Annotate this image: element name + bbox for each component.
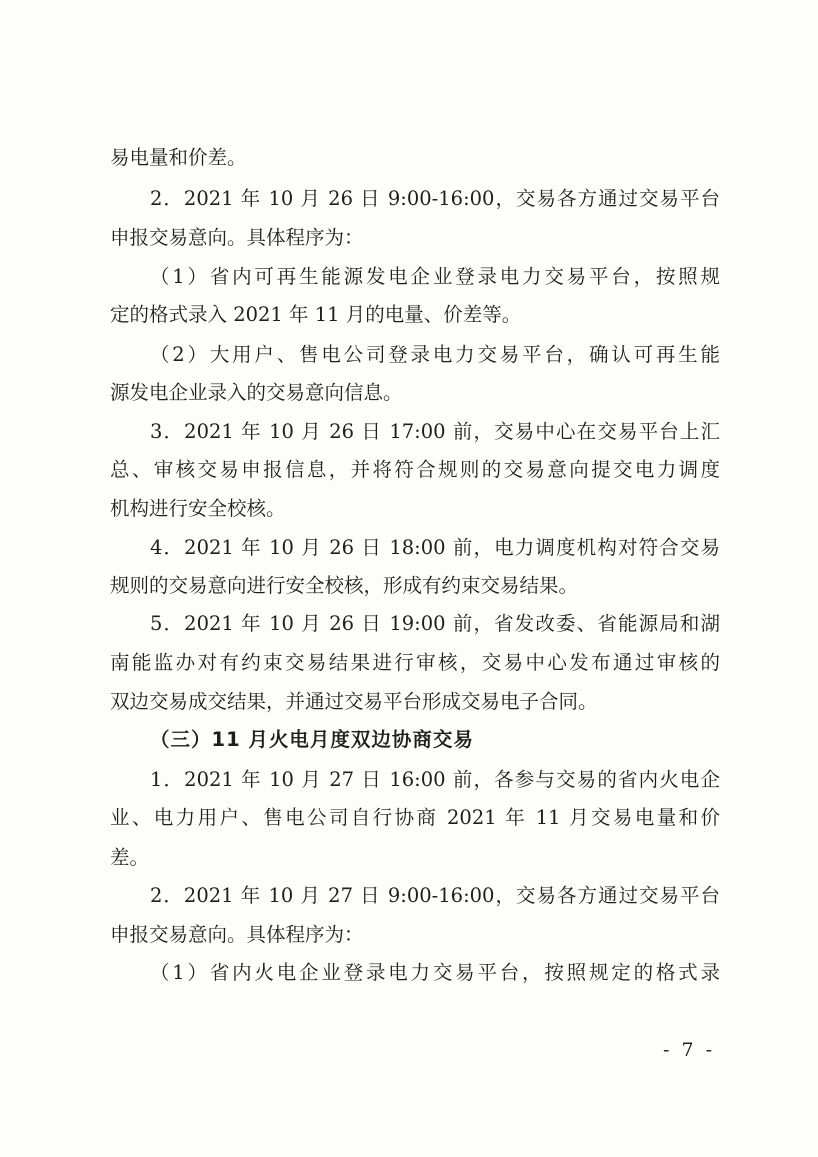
text-line: 差。 [110, 843, 720, 873]
text-line: 1．2021 年 10 月 27 日 16:00 前，各参与交易的省内火电企 [150, 765, 720, 795]
text-line: 5．2021 年 10 月 26 日 19:00 前，省发改委、省能源局和湖 [150, 609, 720, 639]
text-line: 2．2021 年 10 月 27 日 9:00-16:00，交易各方通过交易平台 [150, 881, 720, 911]
text-line: 双边交易成交结果，并通过交易平台形成交易电子合同。 [110, 687, 720, 717]
text-line: 申报交易意向。具体程序为： [110, 223, 720, 253]
text-line: 业、电力用户、售电公司自行协商 2021 年 11 月交易电量和价 [110, 803, 720, 833]
text-line: 总、审核交易申报信息，并将符合规则的交易意向提交电力调度 [110, 455, 720, 485]
text-line: 南能监办对有约束交易结果进行审核，交易中心发布通过审核的 [110, 648, 720, 678]
text-line: 源发电企业录入的交易意向信息。 [110, 378, 720, 408]
text-line: （1）省内火电企业登录电力交易平台，按照规定的格式录 [150, 958, 720, 988]
text-line: 规则的交易意向进行安全校核，形成有约束交易结果。 [110, 571, 720, 601]
text-line: 定的格式录入 2021 年 11 月的电量、价差等。 [110, 300, 720, 330]
text-line: 申报交易意向。具体程序为： [110, 920, 720, 950]
text-line: 4．2021 年 10 月 26 日 18:00 前，电力调度机构对符合交易 [150, 533, 720, 563]
text-line: （2）大用户、售电公司登录电力交易平台，确认可再生能 [150, 340, 720, 370]
text-line: 易电量和价差。 [110, 143, 720, 173]
text-line: 3．2021 年 10 月 26 日 17:00 前，交易中心在交易平台上汇 [150, 417, 720, 447]
text-line: 机构进行安全校核。 [110, 494, 720, 524]
document-page: 易电量和价差。 2．2021 年 10 月 26 日 9:00-16:00，交易… [0, 0, 818, 1157]
text-line: （1）省内可再生能源发电企业登录电力交易平台，按照规 [150, 262, 720, 292]
page-number: - 7 - [655, 1036, 715, 1064]
text-line: 2．2021 年 10 月 26 日 9:00-16:00，交易各方通过交易平台 [150, 184, 720, 214]
section-heading: （三）11 月火电月度双边协商交易 [150, 725, 720, 755]
